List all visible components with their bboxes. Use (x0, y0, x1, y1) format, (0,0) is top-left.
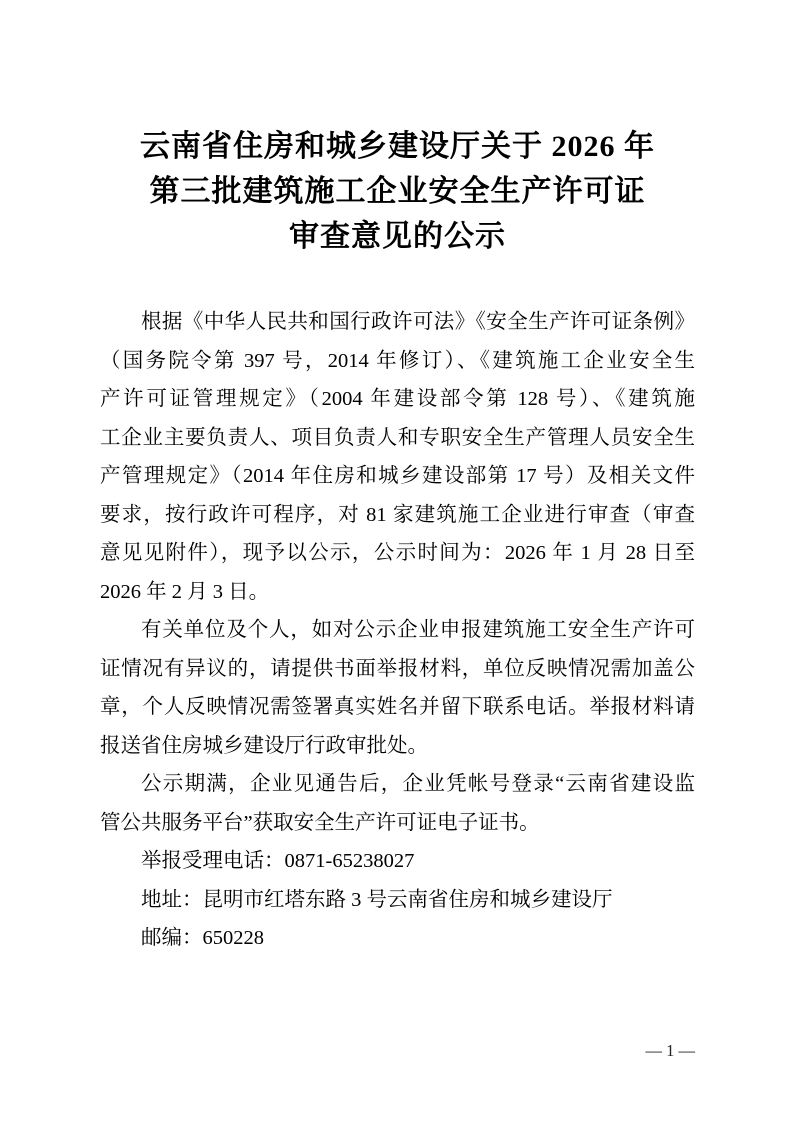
address-line: 地址：昆明市红塔东路 3 号云南省住房和城乡建设厅 (100, 881, 695, 920)
text-line: 根据《中华人民共和国行政许可法》《安全生产许可证条例》 (100, 303, 695, 342)
text-line: 产许可证管理规定》（2004 年建设部令第 128 号）、《建筑施 (100, 380, 695, 419)
page-number-text: — 1 — (646, 1041, 696, 1060)
hotline-number: 0871-65238027 (285, 850, 415, 872)
postcode-line: 邮编：650228 (100, 919, 695, 958)
page-number: — 1 — (100, 1041, 695, 1061)
text-line: 公示期满，企业见通告后，企业凭帐号登录“云南省建设监 (100, 765, 695, 804)
paragraph-legal-basis: 根据《中华人民共和国行政许可法》《安全生产许可证条例》 （国务院令第 397 号… (100, 303, 695, 611)
title-line-3: 审查意见的公示 (100, 214, 695, 259)
text-line: 工企业主要负责人、项目负责人和专职安全生产管理人员安全生 (100, 419, 695, 458)
paragraph-objection: 有关单位及个人，如对公示企业申报建筑施工安全生产许可 证情况有异议的，请提供书面… (100, 611, 695, 765)
text-line: 产管理规定》（2014 年住房和城乡建设部第 17 号）及相关文件 (100, 457, 695, 496)
text-line: 管公共服务平台”获取安全生产许可证电子证书。 (100, 804, 695, 843)
address-label: 地址： (141, 889, 203, 911)
text-line: （国务院令第 397 号，2014 年修订）、《建筑施工企业安全生 (100, 342, 695, 381)
title-line-1: 云南省住房和城乡建设厅关于 2026 年 (100, 124, 695, 169)
text-line: 要求，按行政许可程序，对 81 家建筑施工企业进行审查（审查 (100, 496, 695, 535)
text-line: 意见见附件），现予以公示，公示时间为：2026 年 1 月 28 日至 (100, 534, 695, 573)
address-value: 昆明市红塔东路 3 号云南省住房和城乡建设厅 (203, 889, 613, 911)
text-line: 证情况有异议的，请提供书面举报材料，单位反映情况需加盖公 (100, 650, 695, 689)
postcode-value: 650228 (203, 927, 265, 949)
notice-title: 云南省住房和城乡建设厅关于 2026 年 第三批建筑施工企业安全生产许可证 审查… (100, 124, 695, 259)
postcode-label: 邮编： (141, 927, 203, 949)
text-line: 2026 年 2 月 3 日。 (100, 573, 695, 612)
text-line: 报送省住房城乡建设厅行政审批处。 (100, 727, 695, 766)
hotline-label: 举报受理电话： (141, 850, 285, 872)
text-line: 章，个人反映情况需签署真实姓名并留下联系电话。举报材料请 (100, 688, 695, 727)
notice-body: 根据《中华人民共和国行政许可法》《安全生产许可证条例》 （国务院令第 397 号… (100, 303, 695, 958)
text-line: 有关单位及个人，如对公示企业申报建筑施工安全生产许可 (100, 611, 695, 650)
paragraph-certificate: 公示期满，企业见通告后，企业凭帐号登录“云南省建设监 管公共服务平台”获取安全生… (100, 765, 695, 842)
hotline-line: 举报受理电话：0871-65238027 (100, 842, 695, 881)
title-line-2: 第三批建筑施工企业安全生产许可证 (100, 169, 695, 214)
document-page: 云南省住房和城乡建设厅关于 2026 年 第三批建筑施工企业安全生产许可证 审查… (0, 0, 793, 1122)
